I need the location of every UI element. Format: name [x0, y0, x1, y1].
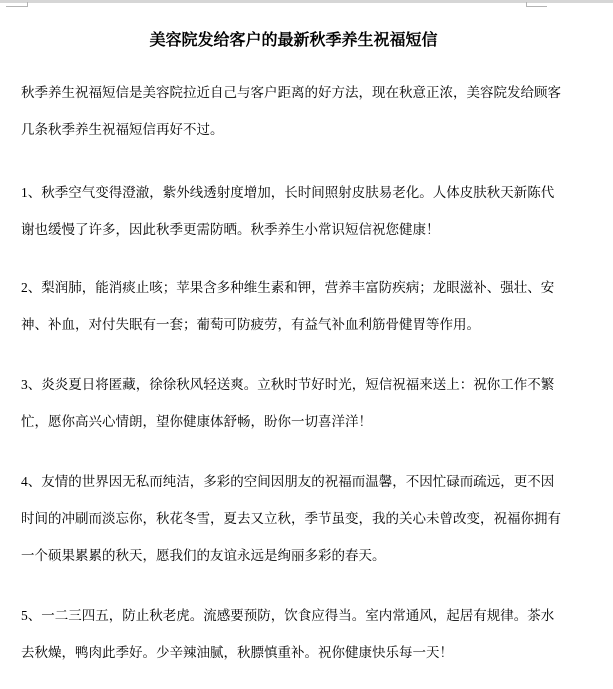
tip-2-line-1: 2、梨润肺，能消痰止咳；苹果含多种维生素和钾，营养丰富防疾病；龙眼滋补、强壮、安	[21, 269, 566, 306]
tip-1-line-2: 谢也缓慢了许多，因此秋季更需防晒。秋季养生小常识短信祝您健康！	[21, 211, 566, 248]
tip-item-4: 4、友情的世界因无私而纯洁，多彩的空间因朋友的祝福而温馨，不因忙碌而疏远，更不因…	[21, 463, 566, 574]
tip-5-line-2: 去秋燥，鸭肉此季好。少辛辣油腻，秋膘慎重补。祝你健康快乐每一天！	[21, 634, 566, 671]
tip-4-line-1: 4、友情的世界因无私而纯洁，多彩的空间因朋友的祝福而温馨，不因忙碌而疏远，更不因	[21, 463, 566, 500]
tip-item-1: 1、秋季空气变得澄澈，紫外线透射度增加，长时间照射皮肤易老化。人体皮肤秋天新陈代…	[21, 174, 566, 248]
intro-paragraph: 秋季养生祝福短信是美容院拉近自己与客户距离的好方法，现在秋意正浓，美容院发给顾客…	[21, 74, 566, 148]
intro-line-1: 秋季养生祝福短信是美容院拉近自己与客户距离的好方法，现在秋意正浓，美容院发给顾客	[21, 74, 566, 111]
tip-item-3: 3、炎炎夏日将匿藏，徐徐秋风轻送爽。立秋时节好时光，短信祝福来送上：祝你工作不繁…	[21, 366, 566, 440]
tip-4-line-3: 一个硕果累累的秋天，愿我们的友谊永远是绚丽多彩的春天。	[21, 537, 566, 574]
tip-1-line-1: 1、秋季空气变得澄澈，紫外线透射度增加，长时间照射皮肤易老化。人体皮肤秋天新陈代	[21, 174, 566, 211]
tip-item-2: 2、梨润肺，能消痰止咳；苹果含多种维生素和钾，营养丰富防疾病；龙眼滋补、强壮、安…	[21, 269, 566, 343]
document-body: 美容院发给客户的最新秋季养生祝福短信 秋季养生祝福短信是美容院拉近自己与客户距离…	[21, 0, 566, 671]
tip-item-5: 5、一二三四五，防止秋老虎。流感要预防，饮食应得当。室内常通风，起居有规律。茶水…	[21, 597, 566, 671]
tip-5-line-1: 5、一二三四五，防止秋老虎。流感要预防，饮食应得当。室内常通风，起居有规律。茶水	[21, 597, 566, 634]
document-title: 美容院发给客户的最新秋季养生祝福短信	[21, 29, 566, 53]
tip-4-line-2: 时间的冲刷而淡忘你，秋花冬雪，夏去又立秋，季节虽变，我的关心未曾改变，祝福你拥有	[21, 500, 566, 537]
tip-2-line-2: 神、补血，对付失眠有一套；葡萄可防疲劳，有益气补血利筋骨健胃等作用。	[21, 306, 566, 343]
tip-3-line-2: 忙，愿你高兴心情朗，望你健康体舒畅，盼你一切喜洋洋！	[21, 403, 566, 440]
document-page: 美容院发给客户的最新秋季养生祝福短信 秋季养生祝福短信是美容院拉近自己与客户距离…	[0, 0, 613, 689]
tip-3-line-1: 3、炎炎夏日将匿藏，徐徐秋风轻送爽。立秋时节好时光，短信祝福来送上：祝你工作不繁	[21, 366, 566, 403]
intro-line-2: 几条秋季养生祝福短信再好不过。	[21, 111, 566, 148]
